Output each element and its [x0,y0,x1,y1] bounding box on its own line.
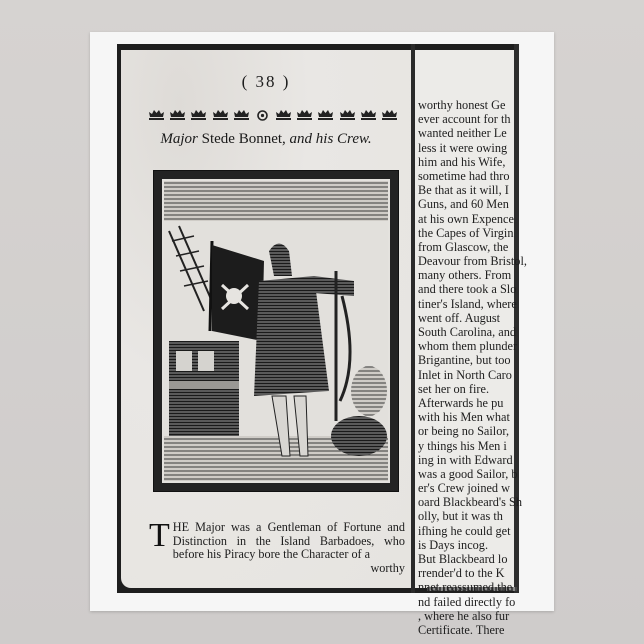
text-line: from Glascow, the [418,240,558,254]
title-part-crew: and his Crew. [290,131,372,147]
text-line: Be that as it will, I [418,183,558,197]
text-line: ifhing he could get [418,524,558,538]
text-line: and there took a Slo [418,282,558,296]
text-line: olly, but it was th [418,509,558,523]
crown-icon [275,109,292,121]
text-line: Deavour from Bristol, [418,254,558,268]
text-line: tiner's Island, where [418,297,558,311]
text-line: But Blackbeard lo [418,552,558,566]
text-line: is Days incog. [418,538,558,552]
text-line: went off. August [418,311,558,325]
crown-icon [339,109,356,121]
text-line: worthy honest Ge [418,98,558,112]
text-line: many others. From [418,268,558,282]
text-line: nd failed directly fo [418,595,558,609]
text-line: nnet reassumed the [418,580,558,594]
woodcut-illustration [153,170,399,492]
text-line: y things his Men i [418,439,558,453]
text-line: ever account for th [418,112,558,126]
text-line: the Capes of Virgin [418,226,558,240]
rosette-icon [254,109,271,121]
text-line: or being no Sailor, [418,424,558,438]
text-line: South Carolina, and [418,325,558,339]
right-page-text: worthy honest Ge ever account for th wan… [418,98,558,637]
crown-icon [190,109,207,121]
text-line: ing in with Edward [418,453,558,467]
body-paragraph: THE Major was a Gentleman of Fortune and… [149,521,405,575]
text-line: er's Crew joined w [418,481,558,495]
text-line: wanted neither Le [418,126,558,140]
text-line: oard Blackbeard's Sh [418,495,558,509]
body-text: HE Major was a Gentleman of Fortune and … [173,520,405,561]
text-line: Certificate. There [418,623,558,637]
text-line: sometime had thro [418,169,558,183]
chapter-title: Major Stede Bonnet, and his Crew. [121,131,411,148]
text-line: rrender'd to the K [418,566,558,580]
crown-icon [360,109,377,121]
crown-icon [317,109,334,121]
text-line: was a good Sailor, b [418,467,558,481]
catchword: worthy [149,562,405,576]
text-line: Guns, and 60 Men [418,197,558,211]
page-number: ( 38 ) [121,72,411,92]
text-line: , where he also fur [418,609,558,623]
drop-cap: T [149,522,170,550]
text-line: set her on fire. [418,382,558,396]
woodcut-engraving-icon [164,181,388,481]
crown-icon [169,109,186,121]
text-line: at his own Expence [418,212,558,226]
text-line: less it were owing [418,141,558,155]
crown-icon [233,109,250,121]
crown-icon [296,109,313,121]
text-line: whom them plunder [418,339,558,353]
text-line: Afterwards he pu [418,396,558,410]
text-line: Inlet in North Caro [418,368,558,382]
crown-ornament-row [148,107,398,121]
crown-icon [212,109,229,121]
text-line: him and his Wife, [418,155,558,169]
title-part-major: Major [160,131,198,147]
title-part-name: Stede Bonnet, [198,131,290,147]
text-line: Brigantine, but too [418,353,558,367]
text-line: with his Men what [418,410,558,424]
crown-icon [148,109,165,121]
crown-icon [381,109,398,121]
